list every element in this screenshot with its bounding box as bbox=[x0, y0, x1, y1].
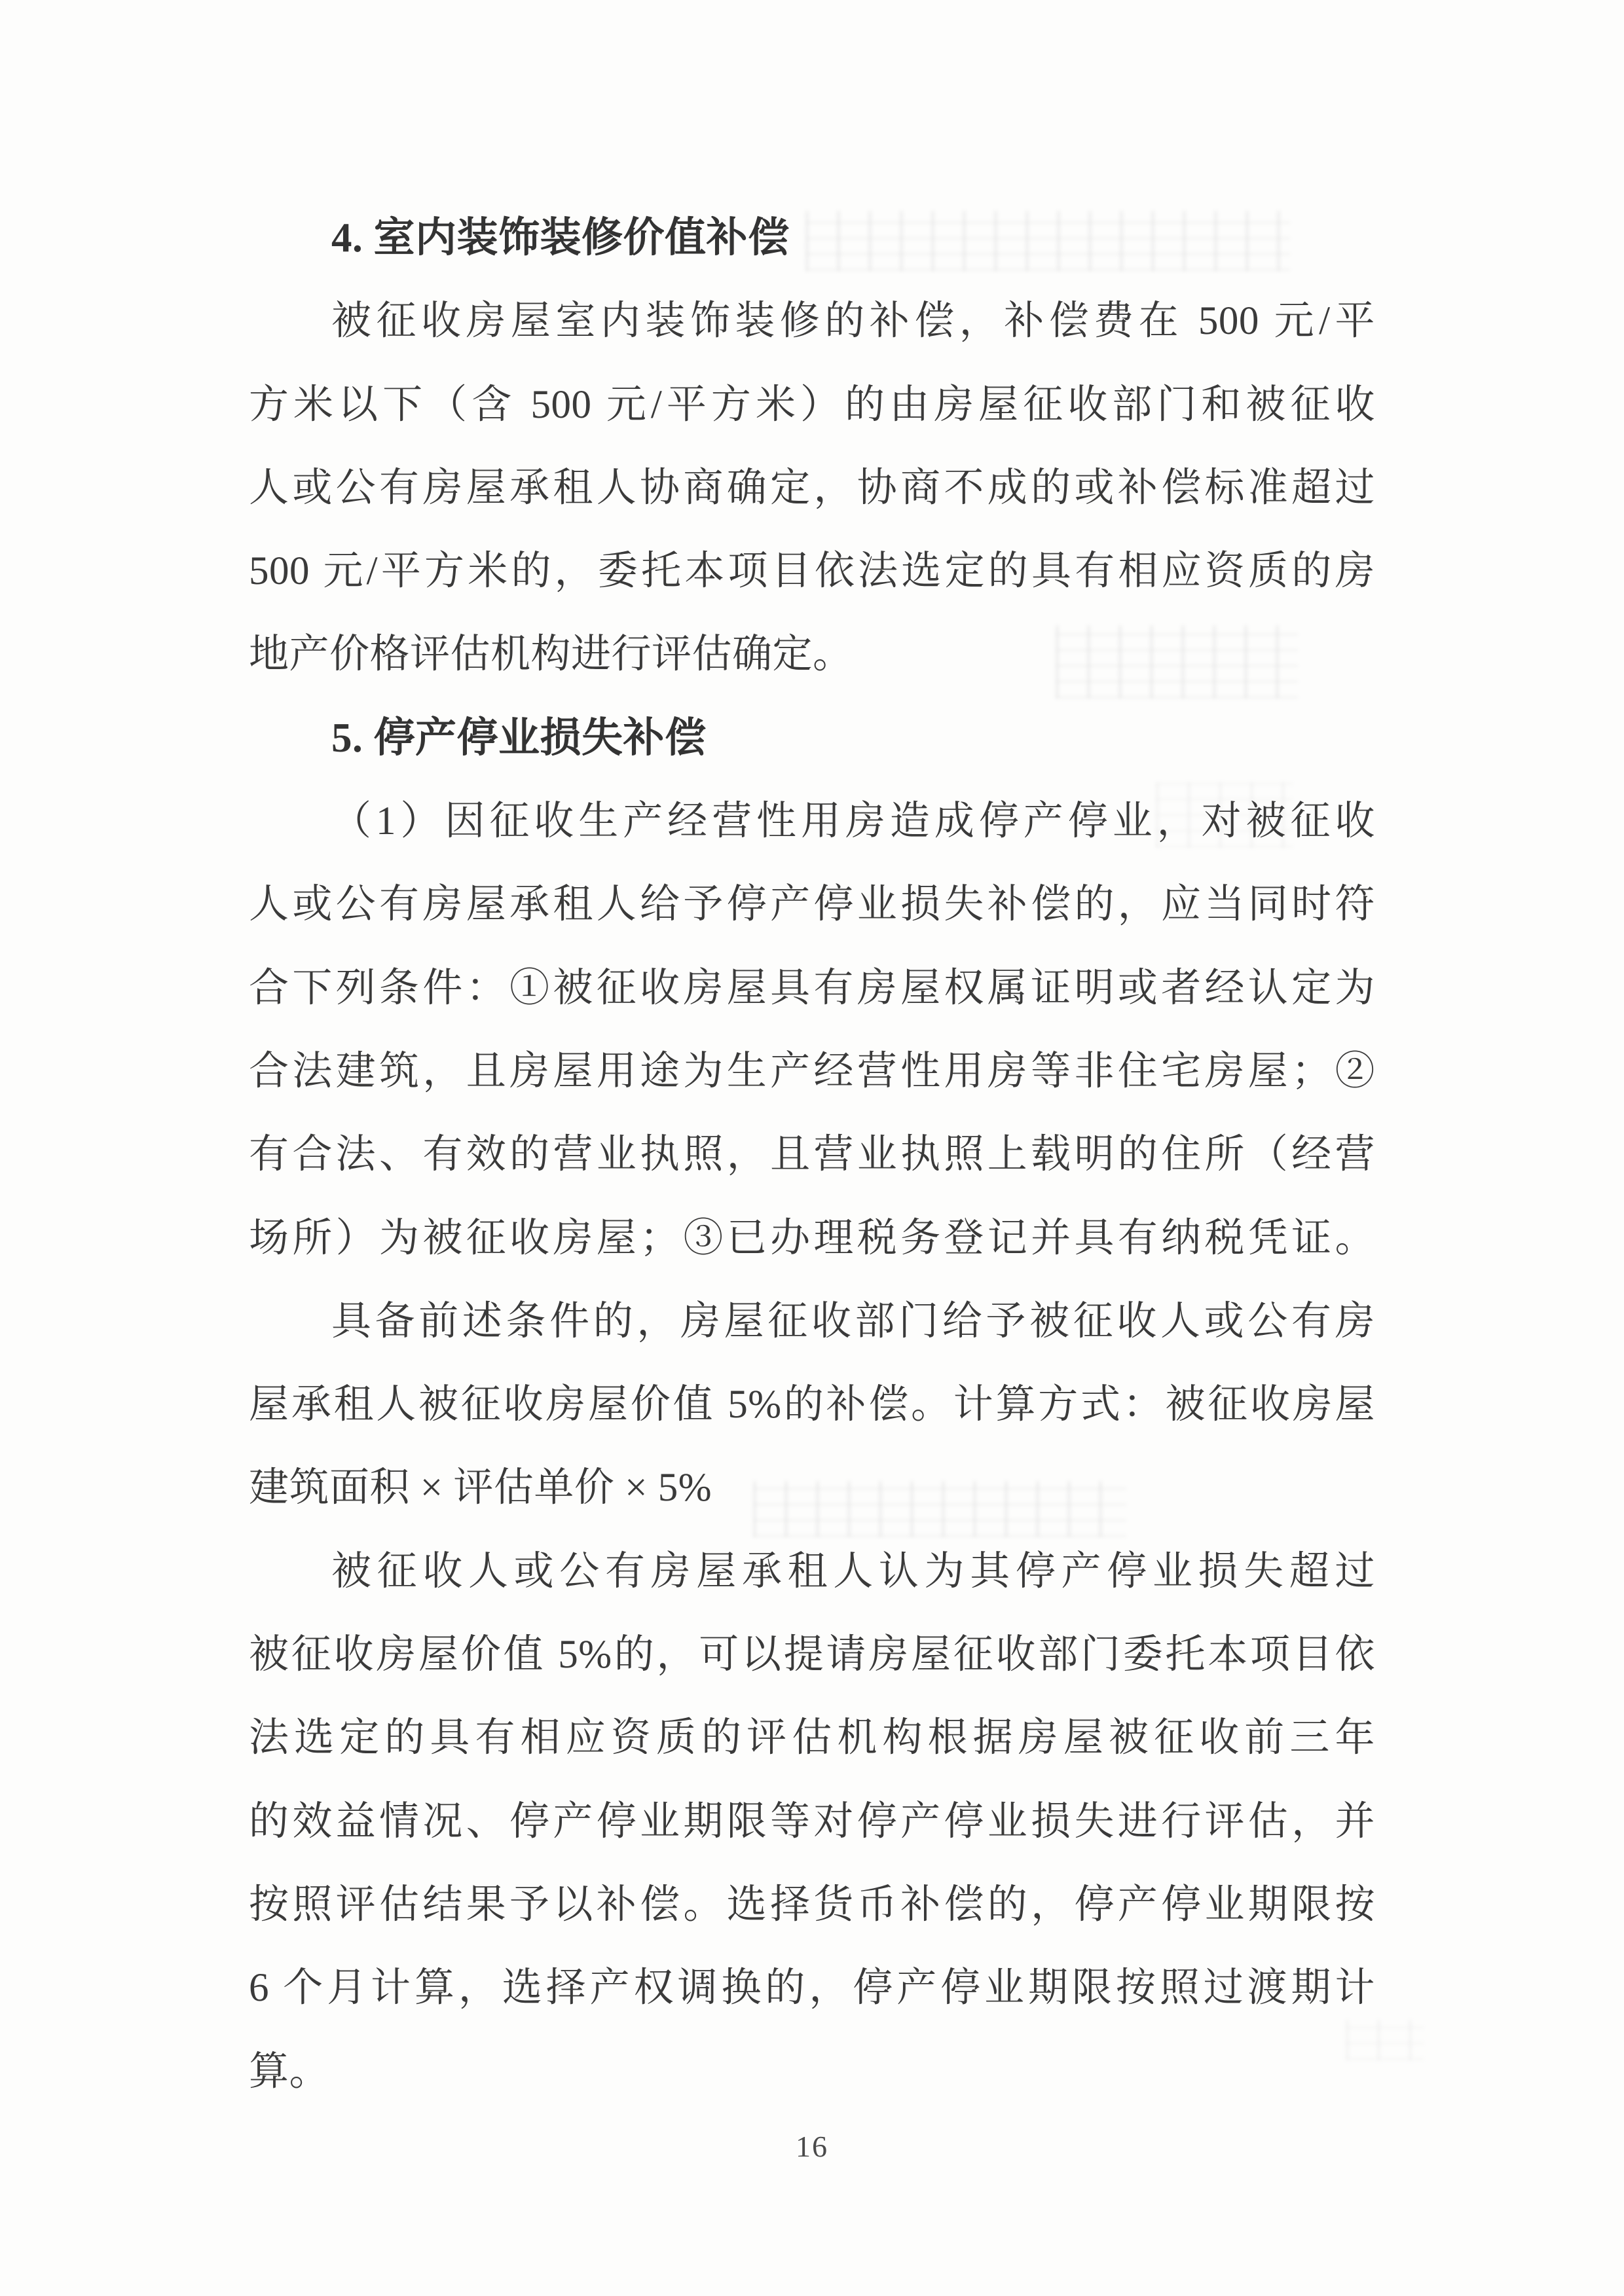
text-line: 有合法、有效的营业执照，且营业执照上载明的住所（经营 bbox=[249, 1113, 1375, 1196]
document-body: 4. 室内装饰装修价值补偿 被征收房屋室内装饰装修的补偿，补偿费在 500 元/… bbox=[249, 196, 1375, 2113]
text-line: 地产价格评估机构进行评估确定。 bbox=[249, 613, 1375, 696]
text-line: 屋承租人被征收房屋价值 5%的补偿。计算方式：被征收房屋 bbox=[249, 1363, 1375, 1446]
text-line: 合下列条件：①被征收房屋具有房屋权属证明或者经认定为 bbox=[249, 947, 1375, 1030]
text-line: 被征收房屋室内装饰装修的补偿，补偿费在 500 元/平 bbox=[249, 280, 1375, 363]
text-line: 合法建筑，且房屋用途为生产经营性用房等非住宅房屋；② bbox=[249, 1030, 1375, 1113]
text-line: 人或公有房屋承租人协商确定，协商不成的或补偿标准超过 bbox=[249, 446, 1375, 530]
text-line: 被征收房屋价值 5%的，可以提请房屋征收部门委托本项目依 bbox=[249, 1613, 1375, 1696]
text-line: 场所）为被征收房屋；③已办理税务登记并具有纳税凭证。 bbox=[249, 1197, 1375, 1280]
text-line: 人或公有房屋承租人给予停产停业损失补偿的，应当同时符 bbox=[249, 863, 1375, 946]
text-line: 被征收人或公有房屋承租人认为其停产停业损失超过 bbox=[249, 1530, 1375, 1613]
text-line: 法选定的具有相应资质的评估机构根据房屋被征收前三年 bbox=[249, 1696, 1375, 1779]
section-4-heading: 4. 室内装饰装修价值补偿 bbox=[249, 196, 1375, 280]
text-line: （1）因征收生产经营性用房造成停产停业，对被征收 bbox=[249, 780, 1375, 863]
scanned-document-page: 4. 室内装饰装修价值补偿 被征收房屋室内装饰装修的补偿，补偿费在 500 元/… bbox=[0, 0, 1624, 2296]
formula-line: 建筑面积 × 评估单价 × 5% bbox=[249, 1446, 1375, 1529]
text-line: 具备前述条件的，房屋征收部门给予被征收人或公有房 bbox=[249, 1280, 1375, 1363]
section-5-heading: 5. 停产停业损失补偿 bbox=[249, 697, 1375, 780]
text-line: 按照评估结果予以补偿。选择货币补偿的，停产停业期限按 bbox=[249, 1863, 1375, 1946]
text-line: 6 个月计算，选择产权调换的，停产停业期限按照过渡期计 bbox=[249, 1946, 1375, 2030]
text-line: 方米以下（含 500 元/平方米）的由房屋征收部门和被征收 bbox=[249, 363, 1375, 446]
page-number: 16 bbox=[0, 2129, 1624, 2164]
text-line: 算。 bbox=[249, 2030, 1375, 2113]
text-line: 的效益情况、停产停业期限等对停产停业损失进行评估，并 bbox=[249, 1780, 1375, 1863]
text-line: 500 元/平方米的，委托本项目依法选定的具有相应资质的房 bbox=[249, 530, 1375, 613]
